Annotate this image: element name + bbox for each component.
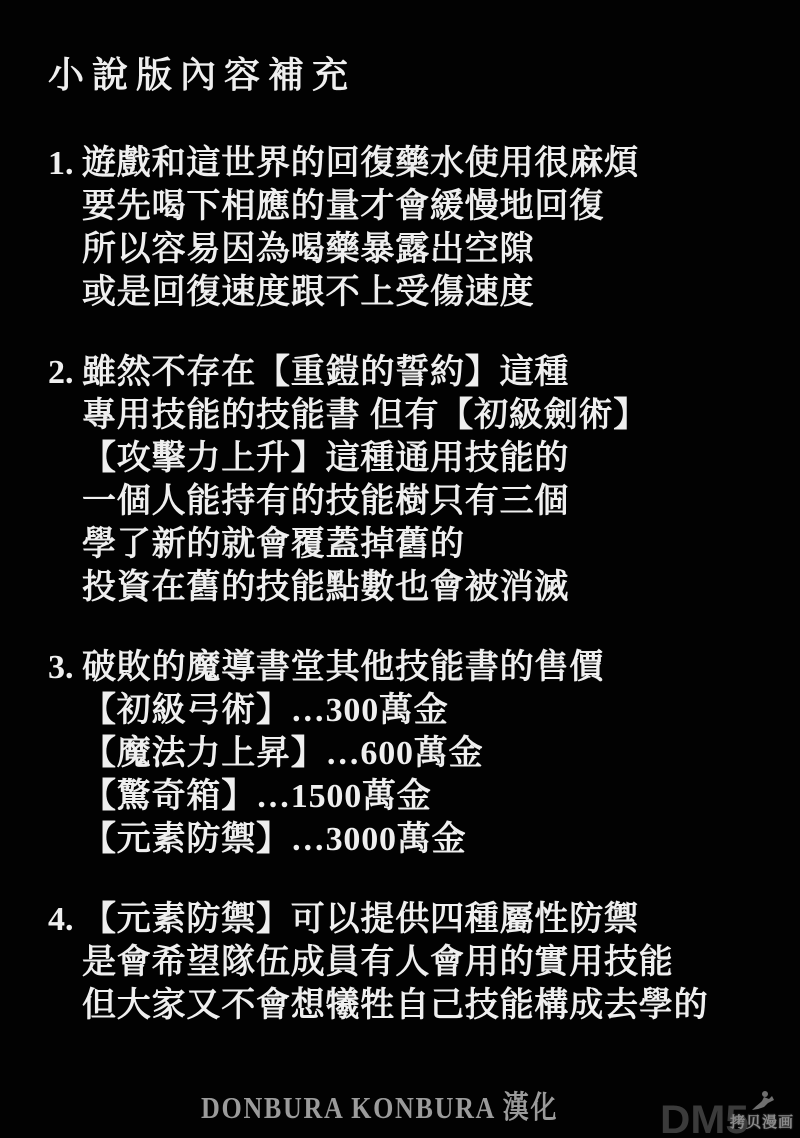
section-line: 專用技能的技能書 但有【初級劍術】 bbox=[48, 394, 708, 437]
section-2: 2.雖然不存在【重鎧的誓約】這種 專用技能的技能書 但有【初級劍術】 【攻擊力上… bbox=[48, 351, 708, 609]
section-line: 所以容易因為喝藥暴露出空隙 bbox=[48, 228, 708, 271]
credit-text: DONBURA KONBURA 漢化 bbox=[201, 1082, 558, 1127]
section-3: 3.破敗的魔導書堂其他技能書的售價 【初級弓術】…300萬金 【魔法力上昇】…6… bbox=[48, 646, 708, 861]
section-line: 1.遊戲和這世界的回復藥水使用很麻煩 bbox=[48, 142, 708, 185]
section-line: 【元素防禦】…3000萬金 bbox=[48, 818, 708, 861]
section-line-text: 雖然不存在【重鎧的誓約】這種 bbox=[82, 354, 569, 391]
section-number: 3. bbox=[48, 646, 82, 689]
section-line: 要先喝下相應的量才會緩慢地回復 bbox=[48, 185, 708, 228]
section-line: 4.【元素防禦】可以提供四種屬性防禦 bbox=[48, 898, 708, 941]
site-watermark: DM5 拷贝漫画 bbox=[660, 1082, 800, 1138]
section-line: 【攻擊力上升】這種通用技能的 bbox=[48, 437, 708, 480]
section-line-text: 遊戲和這世界的回復藥水使用很麻煩 bbox=[82, 145, 639, 182]
section-line: 【魔法力上昇】…600萬金 bbox=[48, 732, 708, 775]
section-number: 1. bbox=[48, 142, 82, 185]
section-line: 2.雖然不存在【重鎧的誓約】這種 bbox=[48, 351, 708, 394]
section-number: 2. bbox=[48, 351, 82, 394]
section-line: 或是回復速度跟不上受傷速度 bbox=[48, 271, 708, 314]
section-line: 但大家又不會想犧牲自己技能構成去學的 bbox=[48, 984, 708, 1027]
section-1: 1.遊戲和這世界的回復藥水使用很麻煩 要先喝下相應的量才會緩慢地回復 所以容易因… bbox=[48, 142, 708, 314]
section-line: 3.破敗的魔導書堂其他技能書的售價 bbox=[48, 646, 708, 689]
section-line: 投資在舊的技能點數也會被消滅 bbox=[48, 566, 708, 609]
section-4: 4.【元素防禦】可以提供四種屬性防禦 是會希望隊伍成員有人會用的實用技能 但大家… bbox=[48, 898, 708, 1027]
scanlation-page: 小說版內容補充 1.遊戲和這世界的回復藥水使用很麻煩 要先喝下相應的量才會緩慢地… bbox=[0, 0, 800, 1138]
section-line: 學了新的就會覆蓋掉舊的 bbox=[48, 523, 708, 566]
section-line: 【驚奇箱】…1500萬金 bbox=[48, 775, 708, 818]
notes-content: 小說版內容補充 1.遊戲和這世界的回復藥水使用很麻煩 要先喝下相應的量才會緩慢地… bbox=[0, 0, 728, 1064]
section-number: 4. bbox=[48, 898, 82, 941]
section-line: 【初級弓術】…300萬金 bbox=[48, 689, 708, 732]
section-line-text: 【元素防禦】可以提供四種屬性防禦 bbox=[82, 901, 639, 938]
page-title: 小說版內容補充 bbox=[48, 52, 708, 98]
section-line: 一個人能持有的技能樹只有三個 bbox=[48, 480, 708, 523]
copymanga-watermark-text: 拷贝漫画 bbox=[730, 1111, 794, 1132]
section-line: 是會希望隊伍成員有人會用的實用技能 bbox=[48, 941, 708, 984]
section-line-text: 破敗的魔導書堂其他技能書的售價 bbox=[82, 649, 604, 686]
